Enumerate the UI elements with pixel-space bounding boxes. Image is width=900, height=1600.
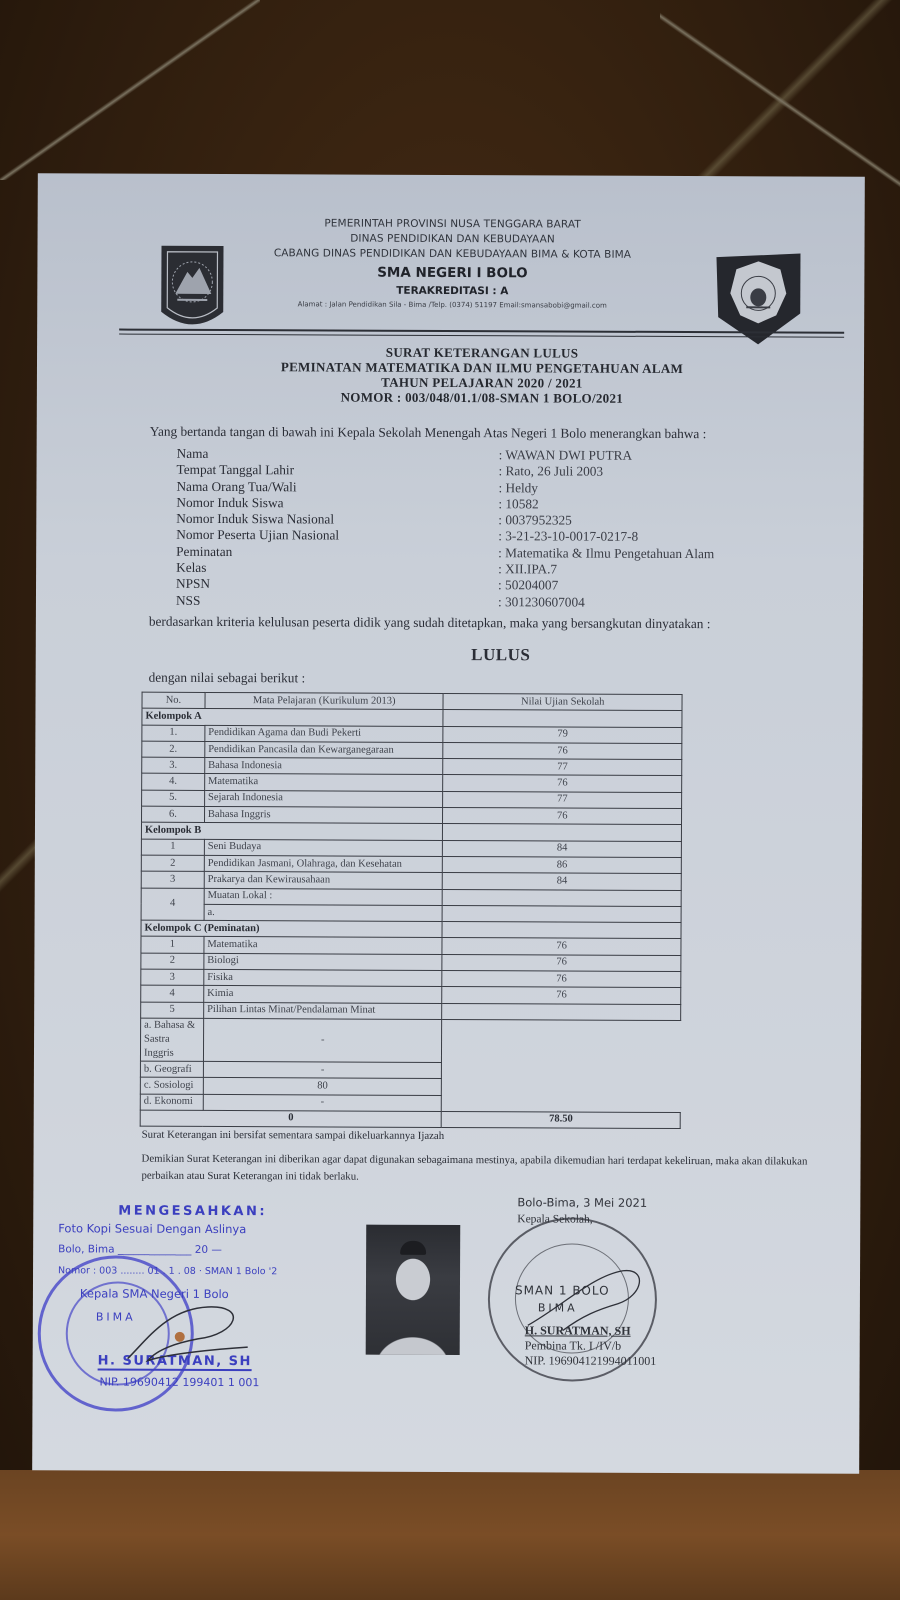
signer-position: Kepala Sekolah, [517, 1213, 592, 1225]
document-title: SURAT KETERANGAN LULUS PEMINATAN MATEMAT… [197, 344, 767, 406]
row-score: 76 [443, 808, 682, 825]
stamp-line-3: Nomor : 003 ........ 01 . 1 . 08 · SMAN … [58, 1265, 277, 1277]
row-subject: Seni Budaya [204, 839, 443, 856]
row-no: 2 [141, 953, 204, 970]
identity-label: NSS [176, 592, 498, 610]
row-score: 76 [443, 742, 682, 759]
identity-label: Nama [177, 446, 499, 464]
stamp-nip: NIP. 19690412 199401 1 001 [100, 1375, 260, 1389]
identity-value: : 50204007 [498, 578, 558, 595]
row-subject: Biologi [204, 953, 443, 970]
row-no: 1 [141, 839, 204, 856]
wooden-surface [0, 1470, 900, 1600]
row-score [443, 889, 682, 906]
grades-intro: dengan nilai sebagai berikut : [149, 670, 306, 687]
row-no: 4 [141, 986, 204, 1003]
row-subject: Sejarah Indonesia [204, 790, 443, 807]
group-label: Kelompok B [141, 823, 443, 841]
row-score: 76 [443, 775, 682, 792]
stamp-line-2: Bolo, Bima ______________ 20 — [58, 1243, 222, 1256]
row-subject: Bahasa Inggris [204, 807, 443, 824]
header-no: No. [142, 692, 205, 709]
identity-label: Nomor Induk Siswa [176, 495, 498, 513]
floor-tile-line [660, 0, 900, 200]
row-no: 1 [141, 937, 204, 954]
row-score: - [203, 1061, 442, 1078]
row-no: 5. [142, 790, 205, 807]
stamp-seal-text: BIMA [96, 1310, 136, 1323]
temporary-note: Surat Keterangan ini bersifat sementara … [142, 1129, 445, 1142]
row-no: 4. [142, 774, 205, 791]
identity-label: Nama Orang Tua/Wali [176, 478, 498, 496]
student-identity: Nama: WAWAN DWI PUTRA Tempat Tanggal Lah… [176, 446, 715, 611]
row-score: 76 [442, 971, 681, 988]
row-score: - [203, 1018, 442, 1062]
row-score: 80 [203, 1078, 442, 1095]
identity-value: : 10582 [498, 496, 538, 512]
identity-label: Tempat Tanggal Lahir [177, 462, 499, 480]
identity-value: : XII.IPA.7 [498, 561, 557, 578]
stamp-name: H. SURATMAN, SH [98, 1353, 252, 1371]
student-photo [366, 1225, 461, 1355]
row-subject: Pendidikan Jasmani, Olahraga, dan Keseha… [204, 855, 443, 872]
school-address: Alamat : Jalan Pendidikan Sila - Bima /T… [252, 298, 652, 312]
place-date: Bolo-Bima, 3 Mei 2021 [517, 1195, 647, 1210]
row-subject: Fisika [204, 969, 443, 986]
floor-tile-line [0, 0, 260, 180]
row-subject: Pendidikan Pancasila dan Kewarganegaraan [205, 741, 444, 758]
row-score: 76 [442, 954, 681, 971]
total-row: 0 78.50 [140, 1110, 680, 1129]
criteria-statement: berdasarkan kriteria kelulusan peserta d… [149, 614, 711, 632]
document-number: NOMOR : 003/048/01.1/08-SMAN 1 BOLO/2021 [197, 389, 767, 406]
identity-label: NPSN [176, 576, 498, 594]
row-subject: Bahasa Indonesia [205, 758, 444, 775]
signer-rank: Pembina Tk. I /IV/b [525, 1338, 622, 1353]
identity-label: Kelas [176, 560, 498, 578]
row-subject: Pendidikan Agama dan Budi Pekerti [205, 725, 444, 742]
row-subject: b. Geografi [140, 1061, 203, 1078]
row-subject: c. Sosiologi [140, 1077, 203, 1094]
grades-table: No. Mata Pelajaran (Kurikulum 2013) Nila… [140, 692, 683, 1129]
row-subject: Muatan Lokal : [204, 888, 443, 905]
row-score: 84 [443, 873, 682, 890]
letterhead-line-3: CABANG DINAS PENDIDIKAN DAN KEBUDAYAAN B… [252, 246, 652, 263]
row-score: 79 [443, 726, 682, 743]
closing-note: Demikian Surat Keterangan ini diberikan … [141, 1151, 841, 1188]
row-no: 4 [141, 888, 204, 921]
identity-value: : WAWAN DWI PUTRA [499, 447, 633, 464]
legalization-stamp: MENGESAHKAN: Foto Kopi Sesuai Dengan Asl… [37, 1203, 368, 1434]
total-label: 0 [140, 1110, 442, 1128]
group-label: Kelompok A [142, 708, 444, 726]
identity-row: NSS: 301230607004 [176, 592, 714, 611]
stamp-line-4: Kepala SMA Negeri 1 Bolo [80, 1286, 229, 1301]
row-score: 76 [442, 987, 681, 1004]
title-line-2: PEMINATAN MATEMATIKA DAN ILMU PENGETAHUA… [197, 359, 767, 376]
row-subject: d. Ekonomi [140, 1094, 203, 1111]
table-row: a. Bahasa & Sastra Inggris- [140, 1018, 680, 1063]
row-no: 3 [141, 871, 204, 888]
identity-value: : Heldy [498, 480, 538, 496]
seal-text-1: SMAN 1 BOLO [515, 1283, 610, 1297]
row-no: 5 [141, 1002, 204, 1019]
identity-label: Nomor Peserta Ujian Nasional [176, 527, 498, 545]
identity-value: : 0037952325 [498, 512, 572, 529]
identity-label: Peminatan [176, 544, 498, 562]
identity-value: : Rato, 26 Juli 2003 [499, 464, 604, 481]
row-score: 76 [442, 938, 681, 955]
province-crest-icon [157, 242, 227, 337]
row-no: 6. [142, 806, 205, 823]
row-no: 3. [142, 757, 205, 774]
average-score: 78.50 [442, 1111, 681, 1128]
row-subject: a. [204, 904, 443, 921]
row-subject: a. Bahasa & Sastra Inggris [140, 1018, 203, 1061]
identity-value: : 301230607004 [498, 594, 585, 611]
row-subject: Matematika [205, 774, 444, 791]
row-no: 2 [141, 855, 204, 872]
header-score: Nilai Ujian Sekolah [443, 693, 682, 710]
stamp-heading: MENGESAHKAN: [118, 1204, 267, 1220]
row-subject: Prakarya dan Kewirausahaan [204, 872, 443, 889]
row-no: 1. [142, 725, 205, 742]
stamp-line-1: Foto Kopi Sesuai Dengan Aslinya [58, 1221, 246, 1236]
seal-text-2: BIMA [538, 1301, 578, 1314]
identity-label: Nomor Induk Siswa Nasional [176, 511, 498, 529]
row-no: 3 [141, 969, 204, 986]
principal-signature-block: Bolo-Bima, 3 Mei 2021 Kepala Sekolah, SM… [502, 1195, 803, 1416]
signer-name: H. SURATMAN, SH [525, 1323, 631, 1338]
letterhead-line-1: PEMERINTAH PROVINSI NUSA TENGGARA BARAT [253, 216, 653, 233]
row-subject: Pilihan Lintas Minat/Pendalaman Minat [204, 1002, 443, 1019]
row-score: 77 [443, 791, 682, 808]
header-subject: Mata Pelajaran (Kurikulum 2013) [205, 692, 444, 709]
row-subject: Kimia [204, 986, 443, 1003]
row-score: 86 [443, 856, 682, 873]
school-name: SMA NEGERI I BOLO [252, 262, 652, 284]
intro-statement: Yang bertanda tangan di bawah ini Kepala… [150, 424, 707, 442]
letterhead: PEMERINTAH PROVINSI NUSA TENGGARA BARAT … [37, 203, 864, 317]
row-score: 77 [443, 759, 682, 776]
graduation-result: LULUS [36, 643, 900, 667]
certificate-document: PEMERINTAH PROVINSI NUSA TENGGARA BARAT … [32, 173, 865, 1474]
signer-nip: NIP. 196904121994011001 [525, 1353, 657, 1369]
accreditation: TERAKREDITASI : A [252, 282, 652, 300]
identity-value: : 3-21-23-10-0017-0217-8 [498, 529, 638, 546]
row-no: 2. [142, 741, 205, 758]
row-score: 84 [443, 840, 682, 857]
row-subject: Matematika [204, 937, 443, 954]
row-score: - [203, 1094, 442, 1111]
letterhead-line-2: DINAS PENDIDIKAN DAN KEBUDAYAAN [253, 231, 653, 248]
identity-value: : Matematika & Ilmu Pengetahuan Alam [498, 545, 714, 562]
group-label: Kelompok C (Peminatan) [141, 920, 443, 938]
